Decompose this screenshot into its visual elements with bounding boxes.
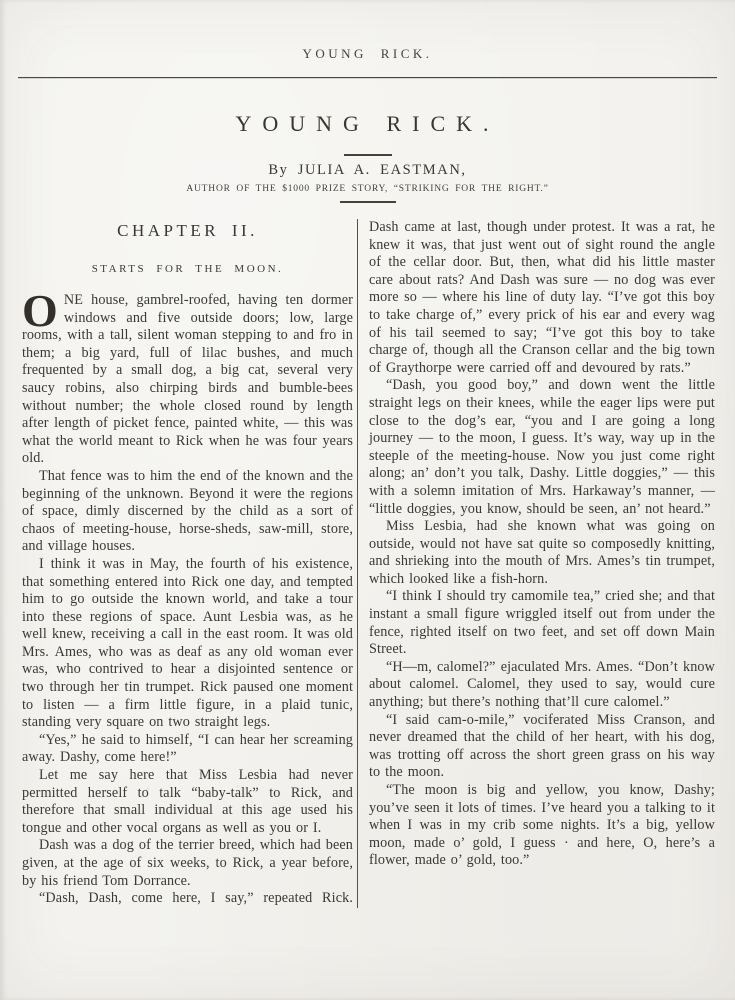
paragraph: Let me say here that Miss Lesbia had nev… <box>22 767 353 837</box>
paragraph: “Yes,” he said to himself, “I can hear h… <box>22 732 353 767</box>
paragraph: I think it was in May, the fourth of his… <box>22 556 353 732</box>
ornament-rule-bottom <box>340 201 396 203</box>
paragraph: “The moon is big and yellow, you know, D… <box>369 782 715 870</box>
paragraph: “I said cam-o-mile,” vociferated Miss Cr… <box>369 712 715 782</box>
paragraph: That fence was to him the end of the kno… <box>22 468 353 556</box>
paragraph: “I think I should try camomile tea,” cri… <box>369 588 715 658</box>
byline: By JULIA A. EASTMAN, <box>0 162 735 179</box>
chapter-heading: CHAPTER II. <box>22 221 353 241</box>
two-column-layout: CHAPTER II. STARTS FOR THE MOON. ONE hou… <box>22 219 715 908</box>
paragraph: Dash came at last, though under protest.… <box>369 219 715 377</box>
right-column: Dash came at last, though under protest.… <box>357 219 715 908</box>
paragraph-text: NE house, gambrel-roofed, having ten dor… <box>22 292 353 466</box>
paragraph: “Dash, Dash, come here, I say,” repeated… <box>22 890 353 908</box>
running-head: YOUNG RICK. <box>0 46 735 62</box>
drop-cap-letter: O <box>22 292 64 327</box>
story-title: YOUNG RICK. <box>0 111 735 137</box>
author-credit: AUTHOR OF THE $1000 PRIZE STORY, “STRIKI… <box>0 184 735 194</box>
paragraph: “H—m, calomel?” ejaculated Mrs. Ames. “D… <box>369 659 715 712</box>
ornament-rule-top <box>344 154 392 156</box>
book-page: YOUNG RICK. YOUNG RICK. By JULIA A. EAST… <box>0 0 735 1000</box>
paragraph: Miss Lesbia, had she known what was goin… <box>369 518 715 588</box>
paragraph: Dash was a dog of the terrier breed, whi… <box>22 837 353 890</box>
chapter-subtitle: STARTS FOR THE MOON. <box>22 263 353 275</box>
paragraph: “Dash, you good boy,” and down went the … <box>369 377 715 518</box>
paragraph-dropcap: ONE house, gambrel-roofed, having ten do… <box>22 292 353 468</box>
left-column: CHAPTER II. STARTS FOR THE MOON. ONE hou… <box>22 219 353 908</box>
header-rule <box>18 77 717 78</box>
